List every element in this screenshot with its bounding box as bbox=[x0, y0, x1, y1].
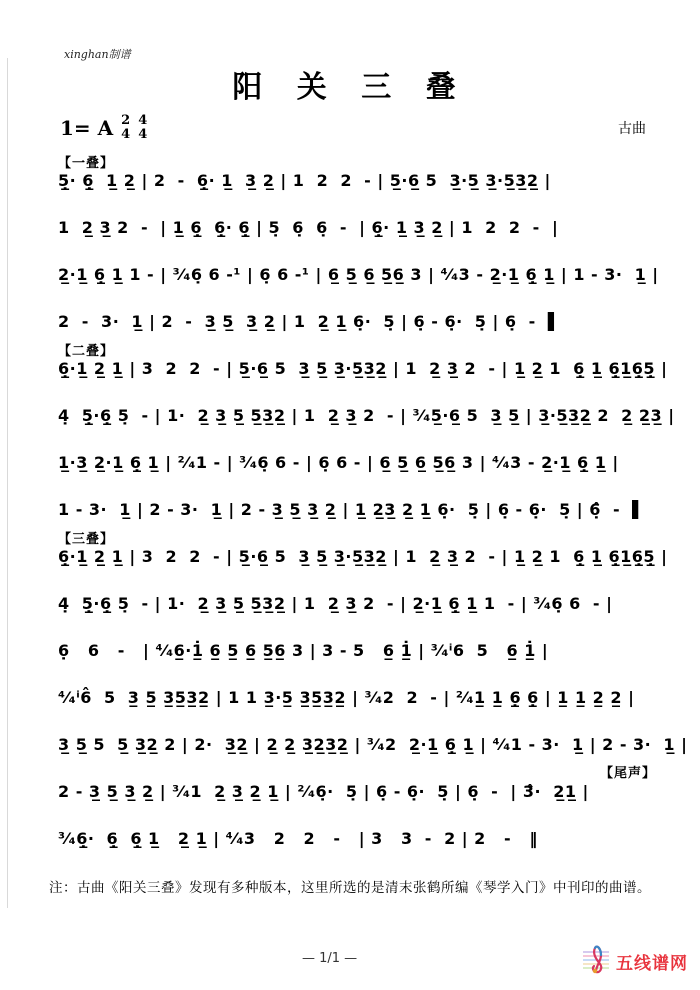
score-line: 2̲·1̲ 6̲̣ 1̲ 1 - | ³⁄₄6̣ 6 -¹ | 6̣ 6 -¹ … bbox=[58, 265, 686, 290]
section-marker-sandie: 【三叠】 bbox=[58, 528, 114, 547]
score-line: 【尾声】 2 - 3̲ 5̲ 3̲ 2̲ | ³⁄₄1 2̲ 3̲ 2̲ 1̲ … bbox=[58, 782, 686, 807]
score: 【一叠】 5̲̣· 6̲̣ 1̲ 2̲ | 2 - 6̲̣· 1̲ 3̲ 2̲ … bbox=[58, 171, 686, 854]
score-line: 【三叠】 6̲̣·1̲ 2̲ 1̲ | 3 2 2 - | 5̲·6̲ 5 3̲… bbox=[58, 547, 686, 572]
sheet-page: xinghan制谱 阳 关 三 叠 1= A 2 4 4 4 古曲 【一叠】 5… bbox=[0, 62, 700, 896]
score-line: 1̲·3̲ 2̲·1̲ 6̲̣ 1̲ | ²⁄₄1 - | ³⁄₄6̣ 6 - … bbox=[58, 453, 686, 478]
score-line: 1 2̲ 3̲ 2 - | 1̲ 6̲̣ 6̲̣· 6̲̣ | 5̣ 6̣ 6̣… bbox=[58, 218, 686, 243]
notation-text: 2 - 3̲ 5̲ 3̲ 2̲ | ³⁄₄1 2̲ 3̲ 2̲ 1̲ | ²⁄₄… bbox=[58, 782, 686, 801]
notation-text: 1̲·3̲ 2̲·1̲ 6̲̣ 1̲ | ²⁄₄1 - | ³⁄₄6̣ 6 - … bbox=[58, 453, 686, 472]
score-line: 【一叠】 5̲̣· 6̲̣ 1̲ 2̲ | 2 - 6̲̣· 1̲ 3̲ 2̲ … bbox=[58, 171, 686, 196]
notation-text: 2̲·1̲ 6̲̣ 1̲ 1 - | ³⁄₄6̣ 6 -¹ | 6̣ 6 -¹ … bbox=[58, 265, 686, 284]
time-signature-second: 4 4 bbox=[138, 114, 147, 141]
score-line: 【二叠】 6̲̣·1̲ 2̲ 1̲ | 3 2 2 - | 5̲·6̲ 5 3̲… bbox=[58, 359, 686, 384]
score-line: ³⁄₄6̲̣· 6̲̣ 6̲̣ 1̲ 2̲ 1̲ | ⁴⁄₄3 2 2 - | … bbox=[58, 829, 686, 854]
notation-text: 1 - 3· 1̲ | 2 - 3· 1̲ | 2 - 3̲ 5̲ 3̲ 2̲ … bbox=[58, 500, 686, 519]
composer-credit: 古曲 bbox=[618, 118, 672, 138]
notation-text: 6̲̣·1̲ 2̲ 1̲ | 3 2 2 - | 5̲·6̲ 5 3̲ 5̲ 3… bbox=[58, 547, 686, 566]
page-edge-line bbox=[7, 58, 8, 908]
notation-text: 6̣ 6 - | ⁴⁄₄6̲·1̲̇ 6̲ 5̲ 6̲ 5̲6̲ 3 | 3 -… bbox=[58, 641, 686, 660]
score-line: ⁴⁄₄ⁱ6̂ 5 3̲ 5̲ 3̲5̲3̲2̲ | 1 1 3̲·5̲ 3̲5̲… bbox=[58, 688, 686, 713]
notation-text: 3̲ 5̲ 5 5̲ 3̲2̲ 2 | 2· 3̲2̲ | 2̲ 2̲ 3̲2̲… bbox=[58, 735, 686, 754]
key-signature: 1= A bbox=[60, 116, 113, 140]
logo-text: 五线谱网 bbox=[616, 949, 688, 974]
footnote: 注：古曲《阳关三叠》发现有多种版本，这里所选的是清末张鹤所编《琴学入门》中刊印的… bbox=[0, 876, 700, 896]
notation-text: 4̣ 5̲̣·6̲̣ 5̣ - | 1· 2̲ 3̲ 5̲ 5̲3̲2̲ | 1… bbox=[58, 594, 686, 613]
notation-text: 5̲̣· 6̲̣ 1̲ 2̲ | 2 - 6̲̣· 1̲ 3̲ 2̲ | 1 2… bbox=[58, 171, 686, 190]
page-title: 阳 关 三 叠 bbox=[0, 62, 700, 106]
score-line: 4̣ 5̲̣·6̲̣ 5̣ - | 1· 2̲ 3̲ 5̲ 5̲3̲2̲ | 1… bbox=[58, 594, 686, 619]
score-line: 1 - 3· 1̲ | 2 - 3· 1̲ | 2 - 3̲ 5̲ 3̲ 2̲ … bbox=[58, 500, 686, 525]
notation-text: 6̲̣·1̲ 2̲ 1̲ | 3 2 2 - | 5̲·6̲ 5 3̲ 5̲ 3… bbox=[58, 359, 686, 378]
time-signature-first: 2 4 bbox=[121, 114, 130, 141]
page-indicator: — 1/1 — bbox=[302, 951, 357, 966]
notation-text: 1 2̲ 3̲ 2 - | 1̲ 6̲̣ 6̲̣· 6̲̣ | 5̣ 6̣ 6̣… bbox=[58, 218, 686, 237]
notation-text: 4̣ 5̲̣·6̲̣ 5̣ - | 1· 2̲ 3̲ 5̲ 5̲3̲2̲ | 1… bbox=[58, 406, 686, 425]
site-logo[interactable]: 五线谱网 bbox=[581, 940, 688, 982]
section-marker-yidie: 【一叠】 bbox=[58, 152, 114, 171]
section-marker-erdie: 【二叠】 bbox=[58, 340, 114, 359]
score-line: 2 - 3· 1̲ | 2 - 3̲ 5̲ 3̲ 2̲ | 1 2̲ 1̲ 6̣… bbox=[58, 312, 686, 337]
section-marker-weisheng: 【尾声】 bbox=[600, 762, 656, 781]
treble-clef-icon bbox=[581, 940, 611, 982]
watermark: xinghan制谱 bbox=[64, 46, 131, 62]
notation-text: ⁴⁄₄ⁱ6̂ 5 3̲ 5̲ 3̲5̲3̲2̲ | 1 1 3̲·5̲ 3̲5̲… bbox=[58, 688, 686, 707]
notation-text: 2 - 3· 1̲ | 2 - 3̲ 5̲ 3̲ 2̲ | 1 2̲ 1̲ 6̣… bbox=[58, 312, 686, 331]
key-signature-row: 1= A 2 4 4 4 古曲 bbox=[60, 114, 672, 141]
score-line: 4̣ 5̲̣·6̲̣ 5̣ - | 1· 2̲ 3̲ 5̲ 5̲3̲2̲ | 1… bbox=[58, 406, 686, 431]
score-line: 3̲ 5̲ 5 5̲ 3̲2̲ 2 | 2· 3̲2̲ | 2̲ 2̲ 3̲2̲… bbox=[58, 735, 686, 760]
score-line: 6̣ 6 - | ⁴⁄₄6̲·1̲̇ 6̲ 5̲ 6̲ 5̲6̲ 3 | 3 -… bbox=[58, 641, 686, 666]
notation-text: ³⁄₄6̲̣· 6̲̣ 6̲̣ 1̲ 2̲ 1̲ | ⁴⁄₄3 2 2 - | … bbox=[58, 829, 686, 848]
